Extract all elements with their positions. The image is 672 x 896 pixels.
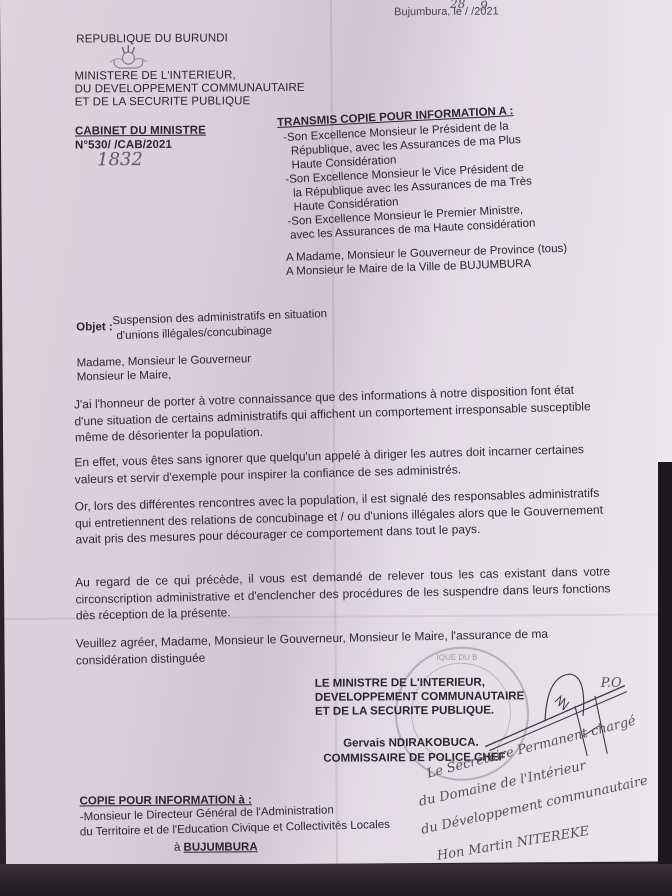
cabinet-label: CABINET DU MINISTRE: [75, 125, 206, 139]
copy-info-city: BUJUMBURA: [183, 841, 257, 854]
background-surface-bottom: [0, 864, 672, 896]
signatory-name: Gervais NDIRAKOBUCA.: [343, 737, 479, 752]
subject-line-1: Suspension des administratifs en situati…: [112, 308, 327, 329]
ministry-line-3: ET DE LA SECURITE PUBLIQUE: [75, 95, 251, 110]
body-paragraph-1: J'ai l'honneur de porter à votre connais…: [74, 381, 605, 446]
reference-handwritten: 1832: [97, 149, 143, 171]
body-paragraph-2: En effet, vous êtes sans ignorer que que…: [74, 441, 605, 488]
date-handwritten-day: 28: [450, 0, 465, 11]
body-paragraph-5: Veuillez agréer, Madame, Monsieur le Gou…: [75, 624, 611, 668]
subject-label: Objet :: [76, 321, 113, 335]
background-surface-right: [658, 462, 672, 896]
body-paragraph-3: Or, lors des différentes rencontres avec…: [74, 484, 610, 547]
stamp-text: IQUE DU B: [437, 653, 478, 662]
salutation-line-2: Monsieur le Maire,: [77, 369, 172, 385]
country-name: REPUBLIQUE DU BURUNDI: [76, 32, 228, 47]
signatory-title-line-1: LE MINISTRE DE L'INTERIEUR,: [315, 677, 485, 692]
signatory-title-line-3: ET DE LA SECURITE PUBLIQUE.: [315, 705, 494, 720]
copy-info-line-3: à BUJUMBURA: [174, 841, 258, 855]
date-handwritten-month: 9: [480, 0, 488, 13]
po-annotation: P.O: [601, 676, 622, 691]
letter-page: REPUBLIQUE DU BURUNDI MINISTERE DE L'INT…: [0, 0, 672, 866]
coat-of-arms-icon: [108, 44, 148, 72]
copy-info-prefix: à: [174, 842, 184, 854]
